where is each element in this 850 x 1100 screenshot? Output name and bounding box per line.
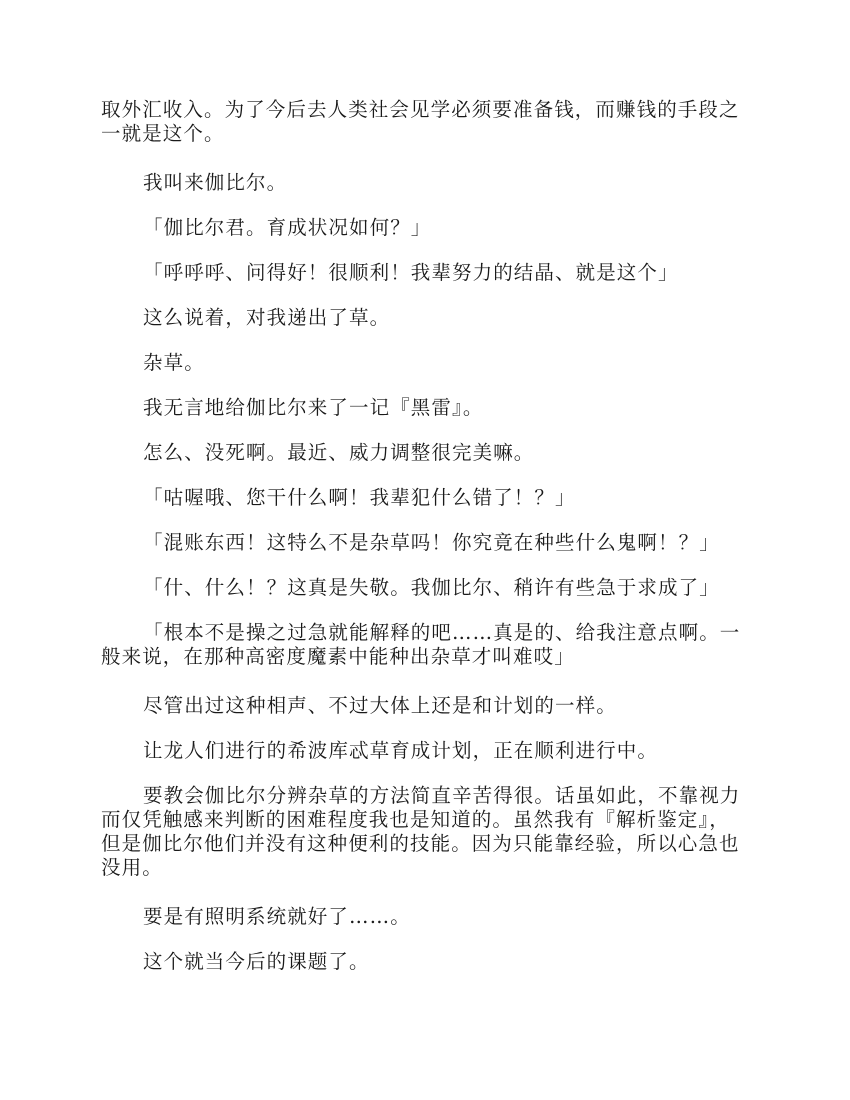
document-page: 取外汇收入。为了今后去人类社会见学必须要准备钱，而赚钱的手段之一就是这个。 我叫… bbox=[0, 0, 850, 1100]
paragraph-9: 「混账东西！这特么不是杂草吗！你究竟在种些什么鬼啊！？」 bbox=[101, 531, 749, 555]
paragraph-12: 尽管出过这种相声、不过大体上还是和计划的一样。 bbox=[101, 694, 749, 718]
paragraph-6: 我无言地给伽比尔来了一记『黑雷』。 bbox=[101, 396, 749, 420]
paragraph-15: 要是有照明系统就好了……。 bbox=[101, 905, 749, 929]
paragraph-10: 「什、什么！？这真是失敬。我伽比尔、稍许有些急于求成了」 bbox=[101, 576, 749, 600]
paragraph-11: 「根本不是操之过急就能解释的吧……真是的、给我注意点啊。一般来说，在那种高密度魔… bbox=[101, 621, 749, 669]
paragraph-2: 「伽比尔君。育成状况如何？」 bbox=[101, 216, 749, 240]
paragraph-16: 这个就当今后的课题了。 bbox=[101, 950, 749, 974]
paragraph-0: 取外汇收入。为了今后去人类社会见学必须要准备钱，而赚钱的手段之一就是这个。 bbox=[101, 98, 749, 146]
paragraph-13: 让龙人们进行的希波库忒草育成计划，正在顺利进行中。 bbox=[101, 739, 749, 763]
paragraph-4: 这么说着，对我递出了草。 bbox=[101, 306, 749, 330]
paragraph-14: 要教会伽比尔分辨杂草的方法简直辛苦得很。话虽如此，不靠视力而仅凭触感来判断的困难… bbox=[101, 784, 749, 880]
paragraph-7: 怎么、没死啊。最近、威力调整很完美嘛。 bbox=[101, 441, 749, 465]
paragraph-3: 「呼呼呼、问得好！很顺利！我辈努力的结晶、就是这个」 bbox=[101, 261, 749, 285]
paragraph-5: 杂草。 bbox=[101, 351, 749, 375]
paragraph-8: 「咕喔哦、您干什么啊！我辈犯什么错了！？」 bbox=[101, 486, 749, 510]
paragraph-1: 我叫来伽比尔。 bbox=[101, 171, 749, 195]
